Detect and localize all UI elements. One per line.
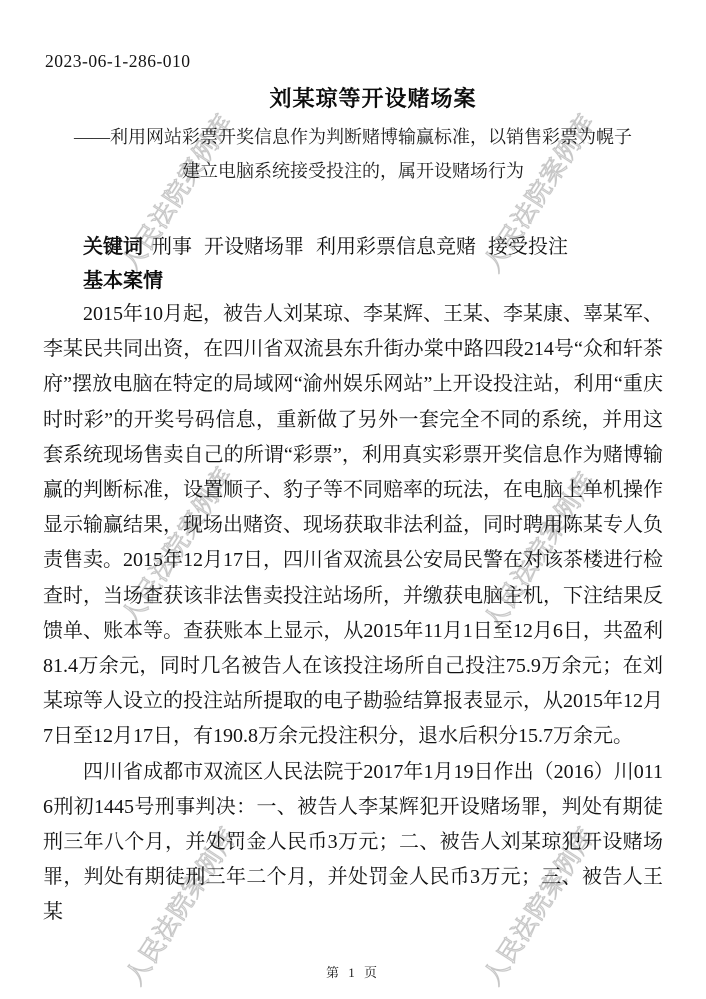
body-paragraph-1: 2015年10月起，被告人刘某琼、李某辉、王某、李某康、辜某军、李某民共同出资，… <box>43 297 663 755</box>
keyword-item: 开设赌场罪 <box>204 230 304 259</box>
keyword-item: 刑事 <box>152 230 192 259</box>
body-paragraph-2: 四川省成都市双流区人民法院于2017年1月19日作出（2016）川0116刑初1… <box>43 755 663 931</box>
keywords-row: 关键词 刑事 开设赌场罪 利用彩票信息竞赌 接受投注 <box>83 230 568 259</box>
case-body: 2015年10月起，被告人刘某琼、李某辉、王某、李某康、辜某军、李某民共同出资，… <box>43 297 663 931</box>
page-number: 第 1 页 <box>326 965 380 980</box>
case-subtitle: ——利用网站彩票开奖信息作为判断赌博输赢标准，以销售彩票为幌子 建立电脑系统接受… <box>0 120 706 188</box>
doc-number: 2023-06-1-286-010 <box>45 51 191 72</box>
keyword-item: 利用彩票信息竞赌 <box>316 230 476 259</box>
case-subtitle-line-1: ——利用网站彩票开奖信息作为判断赌博输赢标准，以销售彩票为幌子 <box>0 120 706 154</box>
document-page: 人民法院案例库 人民法院案例库 人民法院案例库 人民法院案例库 人民法院案例库 … <box>0 0 706 999</box>
case-title: 刘某琼等开设赌场案 <box>0 82 706 113</box>
page-footer: 第 1 页 <box>0 962 706 981</box>
section-heading-basic-facts: 基本案情 <box>83 264 163 293</box>
case-subtitle-line-2: 建立电脑系统接受投注的，属开设赌场行为 <box>0 154 706 188</box>
keyword-item: 接受投注 <box>488 230 568 259</box>
keywords-label: 关键词 <box>83 230 143 259</box>
